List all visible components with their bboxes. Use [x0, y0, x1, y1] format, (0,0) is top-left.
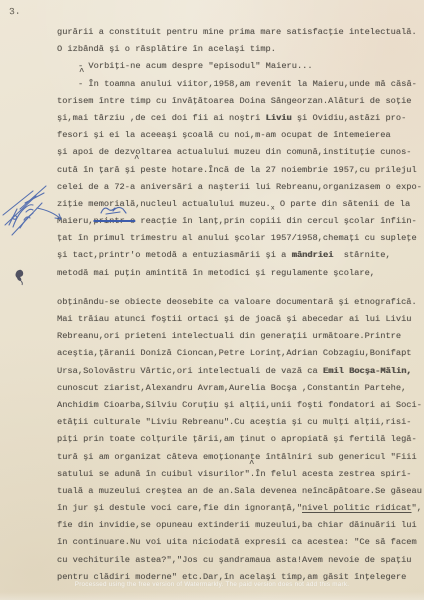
typed-segment: Rebreanu,ori prieteni intelectuali din g…: [57, 331, 401, 341]
typed-line: Rebreanu,ori prieteni intelectuali din g…: [57, 328, 423, 345]
typed-segment: şi apoi de dezvoltarea actualului muzeu …: [57, 147, 412, 157]
typed-caret-mark: ^: [249, 460, 254, 469]
scan-edge-sheen: [0, 592, 424, 600]
typed-segment: O parte din sătenii de la: [275, 199, 411, 209]
typed-line: obţinându-se obiecte deosebite ca valoar…: [57, 294, 423, 311]
typed-line: cunoscut ziarist,Alexandru Avram,Aurelia…: [57, 380, 423, 397]
typed-line: cu vechiturile astea?","Jos cu şandramau…: [57, 552, 423, 569]
typed-line: şi apoi de dezvoltarea actualului muzeu …: [57, 144, 423, 161]
typed-segment: satului se adună în cuibul visurilor".În…: [57, 469, 412, 479]
typed-segment: stârnite,: [333, 250, 390, 260]
handwritten-margin-note: [0, 179, 70, 243]
typed-segment: tuală a muzeului creştea an de an.Sala d…: [57, 486, 422, 496]
typed-segment-b: Emil Bocşa-Mălin,: [323, 366, 412, 376]
typed-segment: ziţie memorială,nucleul actualului muzeu…: [57, 199, 271, 209]
typed-caret-mark: ^: [134, 155, 139, 164]
typed-segment: fie din invidie,se opuneau extinderii mu…: [57, 520, 417, 530]
typed-line: cută în ţară şi peste hotare.Încă de la …: [57, 162, 423, 179]
processing-watermark: Processed using the free version of Wate…: [0, 581, 424, 588]
typed-segment: torisem între timp cu învăţătoarea Doina…: [57, 96, 412, 106]
scanned-page: 3. gurării a constituit pentru mine prim…: [0, 0, 424, 600]
typed-line: celei de a 72-a aniversări a naşterii lu…: [57, 179, 423, 196]
typed-segment: etăţii culturale "Liviu Rebreanu".Cu ace…: [57, 417, 412, 427]
typed-segment: - În toamna anului viitor,1958,am reveni…: [78, 79, 417, 89]
typed-segment: cu vechiturile astea?","Jos cu şandramau…: [57, 555, 412, 565]
typed-segment: cunoscut ziarist,Alexandru Avram,Aurelia…: [57, 383, 406, 393]
typed-line: metodă mai puţin amintită în metodici şi…: [57, 265, 423, 282]
typed-segment: aceştia,ţăranii Doniză Cioncan,Petre Lor…: [57, 348, 412, 358]
typed-segment: gurării a constituit pentru mine prima m…: [57, 27, 417, 37]
typed-line: gurării a constituit pentru mine prima m…: [57, 24, 423, 41]
typed-line: aceştia,ţăranii Doniză Cioncan,Petre Lor…: [57, 345, 423, 362]
typed-segment: celei de a 72-a aniversări a naşterii lu…: [57, 182, 422, 192]
typed-line: ţat în primul trimestru al anului şcolar…: [57, 230, 423, 247]
typed-segment-b: mândriei: [292, 250, 334, 260]
typed-line: fesori şi ei la aceeaşi şcoală cu noi,m-…: [57, 127, 423, 144]
typed-line: etăţii culturale "Liviu Rebreanu".Cu ace…: [57, 414, 423, 431]
typed-line: - Vorbiţi-ne acum despre "episodul" Maie…: [57, 58, 423, 75]
typed-line: Mai trăiau atunci foştii ortaci şi de jo…: [57, 311, 423, 328]
typed-segment: obţinându-se obiecte deosebite ca valoar…: [57, 297, 417, 307]
typed-line: - În toamna anului viitor,1958,am reveni…: [57, 76, 423, 93]
page-number: 3.: [9, 6, 21, 18]
typed-segment: fesori şi ei la aceeaşi şcoală cu noi,m-…: [57, 130, 391, 140]
typed-text: gurării a constituit pentru mine prima m…: [57, 24, 423, 586]
typed-segment: ",: [412, 503, 422, 513]
typed-segment-b: Liviu: [266, 113, 292, 123]
typed-line: tură şi am organizat câteva emoţionante …: [57, 449, 423, 466]
typed-segment: ţat în primul trimestru al anului şcolar…: [57, 233, 417, 243]
typed-segment: cută în ţară şi peste hotare.Încă de la …: [57, 165, 417, 175]
typed-line: satului se adună în cuibul visurilor".În…: [57, 466, 423, 483]
ink-blot-mark: [12, 268, 28, 286]
typed-segment-x: printr-o: [94, 216, 136, 226]
typed-segment: în continuare.Nu voi uita niciodată expr…: [57, 537, 417, 547]
typed-segment-u: nivel politic ridicat: [302, 503, 411, 513]
typed-line: în continuare.Nu voi uita niciodată expr…: [57, 534, 423, 551]
typed-line: Ursa,Solovăstru Vârtic,ori intelectuali …: [57, 363, 423, 380]
typed-segment: Mai trăiau atunci foştii ortaci şi de jo…: [57, 314, 412, 324]
typed-segment: şi Ovidiu,astăzi pro-: [292, 113, 407, 123]
typed-segment: Anchidim Cioarba,Silviu Coruţiu şi alţii…: [57, 400, 422, 410]
typed-segment: în jur şi destule voci care,fie din igno…: [57, 503, 302, 513]
typed-segment: - Vorbiţi-ne acum despre "episodul" Maie…: [78, 61, 313, 71]
typed-line: fie din invidie,se opuneau extinderii mu…: [57, 517, 423, 534]
typed-line: O izbândă şi o răsplătire în acelaşi tim…: [57, 41, 423, 58]
typed-line: Anchidim Cioarba,Silviu Coruţiu şi alţii…: [57, 397, 423, 414]
typed-segment: şi,mai târziu ,de cei doi fii ai noştri: [57, 113, 266, 123]
typed-segment: reacţie în lanţ,prin copiii din cercul ş…: [135, 216, 417, 226]
typed-line: tuală a muzeului creştea an de an.Sala d…: [57, 483, 423, 500]
typed-segment: O izbândă şi o răsplătire în acelaşi tim…: [57, 44, 276, 54]
typed-segment: metodă mai puţin amintită în metodici şi…: [57, 268, 375, 278]
typed-caret-mark: ^: [79, 68, 84, 77]
typed-segment: Ursa,Solovăstru Vârtic,ori intelectuali …: [57, 366, 323, 376]
typed-line: piţi prin toate colţurile ţării,am ţinut…: [57, 431, 423, 448]
handwritten-inline-insertion: [98, 203, 128, 217]
typed-line: şi tact,printr'o metodă a entuziasmării …: [57, 247, 423, 264]
typed-segment: şi tact,printr'o metodă a entuziasmării …: [57, 250, 292, 260]
typed-line: şi,mai târziu ,de cei doi fii ai noştri …: [57, 110, 423, 127]
typed-line: torisem între timp cu învăţătoarea Doina…: [57, 93, 423, 110]
typed-segment: piţi prin toate colţurile ţării,am ţinut…: [57, 434, 417, 444]
typed-line: în jur şi destule voci care,fie din igno…: [57, 500, 423, 517]
typed-segment: tură şi am organizat câteva emoţionante …: [57, 452, 417, 462]
